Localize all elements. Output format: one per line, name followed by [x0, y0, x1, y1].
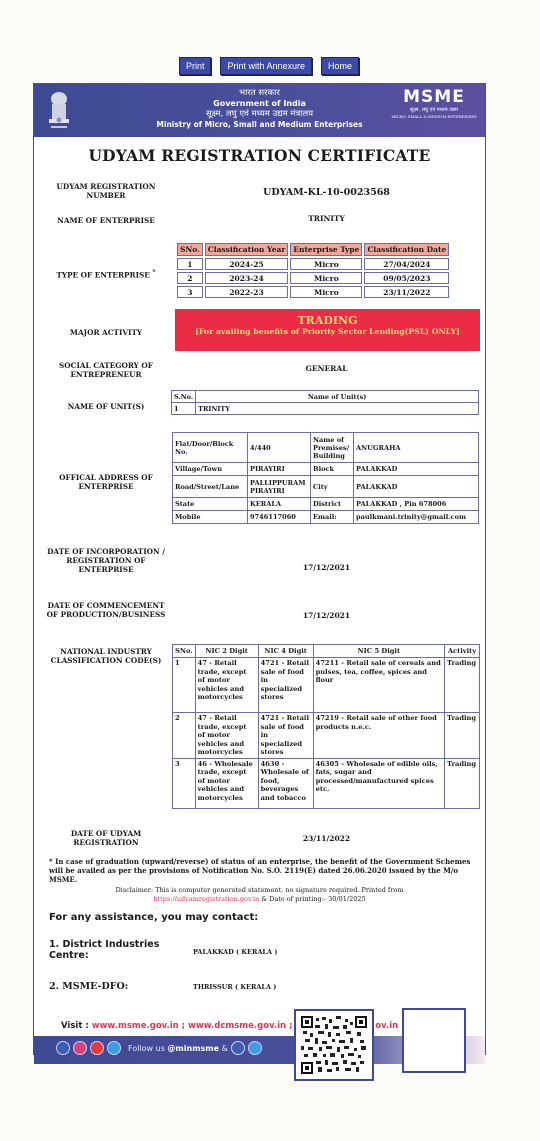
blank-box	[402, 1008, 466, 1073]
handle: @minmsme	[167, 1044, 219, 1053]
table-row: 247 - Retail trade, except of motor vehi…	[173, 713, 480, 759]
cell: Road/Street/Lane	[173, 476, 248, 498]
cell: Micro	[290, 258, 362, 270]
cell: PALAKKAD	[354, 463, 479, 476]
msme-logo-hindi: सूक्ष्म, लघु एवं मध्यम उद्यम	[389, 107, 479, 114]
table-row: 346 - Wholesale trade, except of motor v…	[173, 758, 480, 808]
enterprise-type-label: TYPE OF ENTERPRISE *	[42, 268, 170, 279]
table-row: Mobile9746117060Email:paulkmani.trinity@…	[173, 511, 479, 524]
table-row: 1TRINITY	[172, 403, 479, 415]
cell: 47 - Retail trade, except of motor vehic…	[195, 658, 258, 713]
udyam-date-value: 23/11/2022	[174, 834, 479, 843]
cell: ANUGRAHA	[354, 433, 479, 463]
table-row: StateKERALADistrictPALAKKAD , Pin 678006	[173, 498, 479, 511]
qr-code-icon	[301, 1016, 367, 1074]
cell: 3	[177, 286, 203, 298]
cell: District	[311, 498, 354, 511]
commencement-date-label: DATE OF COMMENCEMENT OF PRODUCTION/BUSIN…	[42, 601, 170, 619]
cell: Mobile	[173, 511, 248, 524]
social-bar: Follow us @minmsme &	[56, 1041, 262, 1055]
major-activity-box: TRADING [For availing benefits of Priori…	[175, 309, 480, 351]
reg-number-label: UDYAM REGISTRATION NUMBER	[42, 182, 170, 200]
col-date: Classification Date	[364, 243, 449, 256]
nic-codes-label: NATIONAL INDUSTRY CLASSIFICATION CODE(S)	[42, 647, 170, 665]
amp: &	[222, 1044, 228, 1053]
table-row: Flat/Door/Block No. 4/440 Name of Premis…	[173, 433, 479, 463]
cell: 1	[173, 658, 196, 713]
cell: 4721 - Retail sale of food in specialize…	[258, 658, 313, 713]
incorporation-date-value: 17/12/2021	[174, 563, 479, 572]
visit-links[interactable]: www.msme.gov.in ; www.dcmsme.gov.in ; w	[92, 1021, 304, 1031]
visit-links-tail[interactable]: ov.in	[375, 1021, 398, 1031]
col-unit-name: Name of Unit(s)	[196, 391, 479, 403]
cell: Block	[311, 463, 354, 476]
table-row: 147 - Retail trade, except of motor vehi…	[173, 658, 480, 713]
cell: 2022-23	[205, 286, 289, 298]
cell: Micro	[290, 272, 362, 284]
follow-label: Follow us	[128, 1044, 165, 1053]
msme-logo-subtitle: MICRO, SMALL & MEDIUM ENTERPRISES	[389, 114, 479, 120]
enterprise-name-value: TRINITY	[174, 214, 479, 223]
table-row: 32022-23Micro23/11/2022	[177, 286, 449, 298]
col-nic2: NIC 2 Digit	[195, 645, 258, 658]
col-activity: Activity	[445, 645, 480, 658]
cell: 47 - Retail trade, except of motor vehic…	[195, 713, 258, 759]
email-value: paulkmani.trinity@gmail.com	[354, 511, 479, 524]
visit-label: Visit :	[61, 1021, 89, 1031]
units-table: S.No.Name of Unit(s) 1TRINITY	[171, 390, 479, 415]
facebook-icon[interactable]	[56, 1041, 70, 1055]
cell: 2023-24	[205, 272, 289, 284]
print-with-annexure-button[interactable]: Print with Annexure	[220, 57, 312, 75]
dic-value: PALAKKAD ( KERALA )	[193, 948, 277, 956]
reg-number-value: UDYAM-KL-10-0023568	[174, 187, 479, 198]
msme-logo-text: MSME	[389, 88, 479, 107]
nic-table: SNo. NIC 2 Digit NIC 4 Digit NIC 5 Digit…	[172, 644, 480, 809]
table-row: 22023-24Micro09/05/2023	[177, 272, 449, 284]
cell: 4721 - Retail sale of food in specialize…	[258, 713, 313, 759]
cell: PALLIPPURAM PIRAYIRI	[248, 476, 311, 498]
major-activity-label: MAJOR ACTIVITY	[42, 328, 170, 337]
cell: 1	[172, 403, 196, 415]
cell: State	[173, 498, 248, 511]
social-category-value: GENERAL	[174, 364, 479, 373]
address-label: OFFICAL ADDRESS OF ENTERPRISE	[42, 473, 170, 491]
table-row: Village/TownPIRAYIRIBlockPALAKKAD	[173, 463, 479, 476]
cell: Name of Premises/ Building	[311, 433, 354, 463]
cell: PIRAYIRI	[248, 463, 311, 476]
major-activity-value: TRADING	[175, 314, 480, 327]
social-category-label: SOCIAL CATEGORY OF ENTREPRENEUR	[42, 361, 170, 379]
col-sno: S.No.	[172, 391, 196, 403]
facebook-icon[interactable]	[231, 1041, 245, 1055]
cell: 27/04/2024	[364, 258, 449, 270]
cell: 1	[177, 258, 203, 270]
cell: TRINITY	[196, 403, 479, 415]
toolbar: Print Print with Annexure Home	[0, 57, 540, 75]
msme-logo: MSME सूक्ष्म, लघु एवं मध्यम उद्यम MICRO,…	[389, 88, 479, 132]
follow-text: Follow us @minmsme &	[128, 1044, 228, 1053]
incorporation-date-label: DATE OF INCORPORATION / REGISTRATION OF …	[42, 547, 170, 574]
col-nic4: NIC 4 Digit	[258, 645, 313, 658]
major-activity-note: [For availing benefits of Priority Secto…	[175, 327, 480, 336]
cell: PALAKKAD , Pin 678006	[354, 498, 479, 511]
graduation-note: * In case of graduation (upward/reverse)…	[49, 857, 479, 884]
cell: 4/440	[248, 433, 311, 463]
cell: 9746117060	[248, 511, 311, 524]
cell: 2	[173, 713, 196, 759]
table-row: 12024-25Micro27/04/2024	[177, 258, 449, 270]
print-date: & Date of printing:- 30/01/2025	[261, 895, 365, 903]
cell: 47211 - Retail sale of cereals and pulse…	[313, 658, 444, 713]
col-sno: SNo.	[173, 645, 196, 658]
cell: 09/05/2023	[364, 272, 449, 284]
cell: Village/Town	[173, 463, 248, 476]
cell: 46305 - Wholesale of edible oils, fats, …	[313, 758, 444, 808]
cell: 2	[177, 272, 203, 284]
type-label-text: TYPE OF ENTERPRISE	[56, 270, 149, 279]
cell: Email:	[311, 511, 354, 524]
udyam-date-label: DATE OF UDYAM REGISTRATION	[42, 829, 170, 847]
cell: City	[311, 476, 354, 498]
cell: 4630 - Wholesale of food, beverages and …	[258, 758, 313, 808]
header-banner: भारत सरकार Government of India सूक्ष्म, …	[34, 84, 485, 137]
assistance-heading: For any assistance, you may contact:	[49, 912, 258, 923]
udyam-link[interactable]: https://udyamregistration.gov.in	[153, 895, 259, 903]
cell: 47219 - Retail sale of other food produc…	[313, 713, 444, 759]
certificate: भारत सरकार Government of India सूक्ष्म, …	[33, 83, 486, 1055]
certificate-title: UDYAM REGISTRATION CERTIFICATE	[34, 146, 485, 165]
col-nic5: NIC 5 Digit	[313, 645, 444, 658]
instagram-icon[interactable]	[73, 1041, 87, 1055]
home-button[interactable]: Home	[321, 57, 359, 75]
col-year: Classification Year	[205, 243, 289, 256]
cell: KERALA	[248, 498, 311, 511]
disclaimer-text: Disclaimer: This is computer generated s…	[34, 886, 485, 895]
twitter-icon[interactable]	[107, 1041, 121, 1055]
disclaimer: Disclaimer: This is computer generated s…	[34, 886, 485, 904]
youtube-icon[interactable]	[90, 1041, 104, 1055]
cell: 46 - Wholesale trade, except of motor ve…	[195, 758, 258, 808]
type-asterisk: *	[152, 269, 155, 276]
cell: 3	[173, 758, 196, 808]
dfo-value: THRISSUR ( KERALA )	[193, 983, 276, 991]
enterprise-name-label: NAME OF ENTERPRISE	[42, 216, 170, 225]
cell: Flat/Door/Block No.	[173, 433, 248, 463]
print-button[interactable]: Print	[179, 57, 212, 75]
address-table: Flat/Door/Block No. 4/440 Name of Premis…	[172, 432, 479, 524]
cell: Trading	[445, 758, 480, 808]
col-type: Enterprise Type	[290, 243, 362, 256]
cell: Micro	[290, 286, 362, 298]
dfo-label: 2. MSME-DFO:	[49, 981, 128, 992]
table-row: Road/Street/LanePALLIPPURAM PIRAYIRICity…	[173, 476, 479, 498]
col-sno: SNo.	[177, 243, 203, 256]
cell: PALAKKAD	[354, 476, 479, 498]
commencement-date-value: 17/12/2021	[174, 611, 479, 620]
cell: Trading	[445, 713, 480, 759]
unit-names-label: NAME OF UNIT(S)	[42, 402, 170, 411]
twitter-icon[interactable]	[248, 1041, 262, 1055]
cell: 2024-25	[205, 258, 289, 270]
classification-table: SNo. Classification Year Enterprise Type…	[175, 241, 451, 300]
cell: Trading	[445, 658, 480, 713]
dic-label: 1. District Industries Centre:	[49, 939, 179, 961]
qr-code	[294, 1009, 374, 1081]
cell: 23/11/2022	[364, 286, 449, 298]
